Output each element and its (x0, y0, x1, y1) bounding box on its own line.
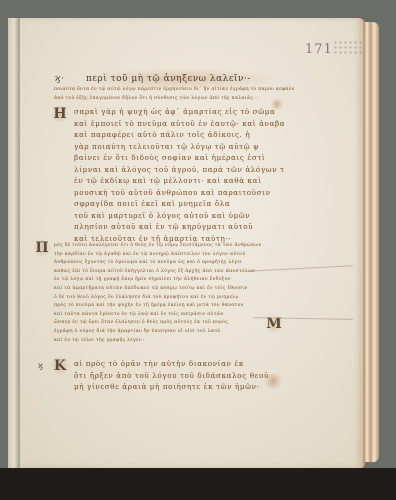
gloss-line: ἀπὸ τοῦ ἐξῆς ἐπαγομένου δῆλον ὅτι ἡ σύνθ… (54, 95, 294, 104)
gloss-line: καὶ ἐν τῷ τέλει τῆς γραφῆς λέγει·- (54, 337, 294, 346)
gloss-line: καὶ τὰ ἀμαρτήματα αὐτῶν ἀπέδωκεν τῷ κόσμ… (54, 285, 294, 294)
dark-table-surface (0, 468, 396, 500)
gloss-line: ὁ δὲ τοῦ θεοῦ λόγος ὃν ἐλάλησεν διὰ τοῦ … (54, 294, 294, 303)
gloss-block-1: ποιαῦτα ὄντα ἐν τῷ αὐτῷ λόγῳ πάρεστιν ἑρ… (54, 86, 294, 103)
ink-stain (270, 98, 284, 110)
gloss-line: ρὸς δὲ τοῦτο ἀναλέγεται ὅτι ὁ θεὸς ἐν τῷ… (54, 242, 294, 251)
text-line: πλησίον αὐτοῦ καὶ ἐν τῷ κηρύγματι αὐτοῦ (74, 221, 284, 233)
section-marker: ϗ (38, 361, 43, 370)
text-line: ὅτι ἤρξεν ἀπὸ τοῦ λόγου τοῦ διδάσκαλος θ… (74, 370, 284, 382)
gutter-fold (18, 18, 20, 468)
text-line: μουσικὴ τοῦ αὐτοῦ ἀνθρώπου καὶ παραιτοῦσ… (74, 187, 284, 199)
initial-kappa: Κ (50, 356, 70, 376)
gloss-line: πρὸς τὸ πνεῦμα καὶ τὴν ψυχὴν ἐν τῇ ἡμέρᾳ… (54, 302, 294, 311)
gloss-line: ἀνθρώπους ἔχοντας τὸ ὁμοίωμα καὶ τὸ πνεῦ… (54, 259, 294, 268)
text-line: τοῦ καὶ μαρτυρεῖ ὁ λόγος αὐτοῦ καὶ ὑμῶν (74, 210, 284, 222)
folio-number: 171 (305, 42, 333, 57)
initial-eta: Η (50, 104, 70, 124)
chapter-heading: ϗ· περὶ τοῦ μὴ τῷ ἀνηξενω λαλεῖν·- (55, 74, 251, 84)
gloss-line: ἐγράφη ὁ νόμος διὰ τὴν ἁμαρτίαν ἣν ἐποίη… (54, 328, 294, 337)
text-line: σφραγίδα ποιεῖ ἐκεῖ καὶ μνημεῖα ὅλα (74, 198, 284, 210)
gloss-line: ἐν τῷ λόγῳ καὶ τῇ γραφῇ ὅπερ ἡμῖν σημαίν… (54, 276, 294, 285)
text-line: μὴ γίνεσθε ἀραιὰ μὴ ποιήσητε ἐκ τῶν ἡμῶν… (74, 381, 284, 393)
text-line: γὰρ ποιαύτη τελειοῦται τῷ λόγῳ τῷ αὐτῷ ψ (74, 141, 284, 153)
heading-marker: ϗ· (55, 74, 64, 84)
main-text-block-1: σαρκὶ γὰρ ἡ ψυχὴ ὡς ἀφ᾽ ἁμαρτίας εἰς τὸ … (74, 106, 284, 244)
text-line: λίμναι καὶ ἀλόγος τοῦ ἀγροῦ, παρὰ τῶν ἀλ… (74, 164, 284, 176)
text-line: βαίνει ἐν ὅτι διδοὺς σοφίαν καὶ ἡμέραις … (74, 152, 284, 164)
text-line: αὶ πρὸς τὸ ὁρᾶν τὴν αὐτὴν διακονίαν ἐκ (74, 358, 284, 370)
main-text-block-2: αὶ πρὸς τὸ ὁρᾶν τὴν αὐτὴν διακονίαν ἐκ ὅ… (74, 358, 284, 393)
gloss-line: τὴν καρδίαν ἐν τῷ ἀγαθῷ καὶ ἐν τῷ πονηρῷ… (54, 251, 294, 260)
gloss-block-2: ρὸς δὲ τοῦτο ἀναλέγεται ὅτι ὁ θεὸς ἐν τῷ… (54, 242, 294, 345)
margin-specks (333, 40, 363, 56)
gloss-line: ὥσπερ ἐν τῷ ὄρει ὅταν ἐλάλησεν ὁ θεὸς πρ… (54, 319, 294, 328)
initial-pi: Π (32, 238, 52, 258)
text-line: σαρκὶ γὰρ ἡ ψυχὴ ὡς ἀφ᾽ ἁμαρτίας εἰς τὸ … (74, 106, 284, 118)
text-line: καὶ ἐμποιεῖ τὸ πνεῦμα αὐτοῦ ἐν ἑαυτῷ· κα… (74, 118, 284, 130)
binding-gutter (8, 18, 18, 468)
text-line: ἐν τῷ ἐκδίκῳ καὶ τῷ μέλλοντι· καὶ καθὰ κ… (74, 175, 284, 187)
gloss-line: καθὼς ἐπὶ τὸ ὄνομα αὐτοῦ ἐπήγγελται ὁ λό… (54, 268, 294, 277)
manuscript-page: 171 ϗ· περὶ τοῦ μὴ τῷ ἀνηξενω λαλεῖν·- π… (8, 18, 365, 468)
heading-text: περὶ τοῦ μὴ τῷ ἀνηξενω λαλεῖν·- (86, 74, 251, 84)
text-line: καὶ παραφέρει αὐτὸ πάλιν τοῖς ἀδίκοις. ἡ (74, 129, 284, 141)
gloss-line: ποιαῦτα ὄντα ἐν τῷ αὐτῷ λόγῳ πάρεστιν ἑρ… (54, 86, 294, 95)
ink-stain (263, 373, 283, 389)
